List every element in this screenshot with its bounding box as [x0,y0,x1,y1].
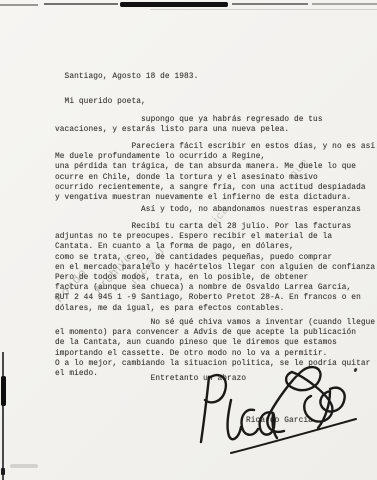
typed-signature-name: Ricardo García [246,416,313,426]
paragraph-3: Así y todo, no abandonamos nuestras espe… [55,205,361,215]
date-line: Santiago, Agosto 18 de 1983. [55,72,198,82]
scan-artifact-left-edge [1,376,6,406]
paragraph-2: Pareciera fácil escribir en estos días, … [55,142,377,203]
scan-artifact-top [44,3,118,5]
scan-artifact-top [232,3,308,5]
letter-page: Fondo Archivo ificia U ica que Santiago,… [0,0,377,480]
scan-smudge [10,464,38,468]
scan-artifact-top [120,2,228,7]
paragraph-4: Recibí tu carta del 28 julio. Por las fa… [55,222,377,314]
scan-artifact-top [0,4,38,6]
paragraph-5: No sé qué chiva vamos a inventar (cuando… [55,318,375,379]
scan-artifact-left-edge [1,468,5,475]
scan-artifact-top [150,9,377,10]
scan-artifact-left-edge [2,352,4,480]
scan-artifact-top [312,3,377,5]
salutation: Mi querido poeta, [55,97,146,107]
paragraph-1: supongo que ya habrás regresado de tus v… [55,115,323,135]
closing-line: Entretanto un abrazo [55,374,246,384]
